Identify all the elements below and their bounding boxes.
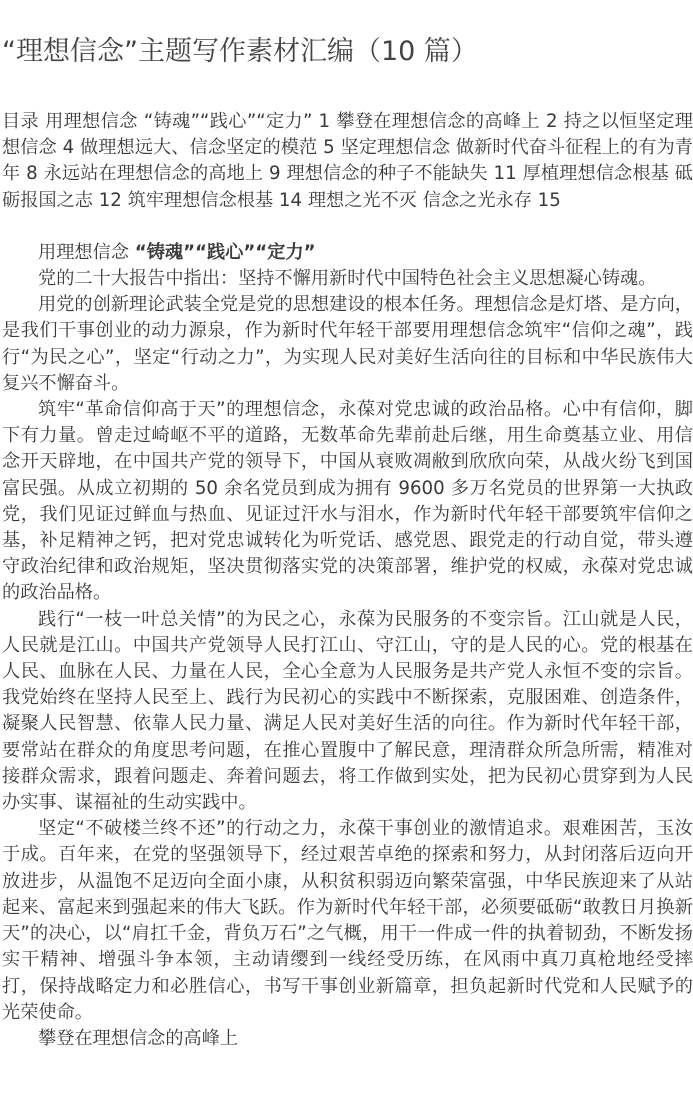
- next-section-heading: 攀登在理想信念的高峰上: [2, 1026, 693, 1052]
- body-paragraph: 筑牢“革命信仰高于天”的理想信念，永葆对党忠诚的政治品格。心中有信仰，脚下有力量…: [2, 397, 693, 607]
- body-paragraph: 坚定“不破楼兰终不还”的行动之力，永葆干事创业的激情追求。艰难困苦，玉汝于成。百…: [2, 816, 693, 1026]
- body-paragraph: 党的二十大报告中指出：坚持不懈用新时代中国特色社会主义思想凝心铸魂。: [2, 266, 693, 292]
- section-heading-prefix: 用理想信念: [38, 242, 135, 263]
- document-page: “理想信念”主题写作素材汇编（10 篇） 目录 用理想信念 “铸魂”“践心”“定…: [0, 0, 693, 1052]
- section-heading-quoted: “铸魂”“践心”“定力”: [135, 242, 316, 263]
- spacer: [2, 214, 693, 240]
- document-title: “理想信念”主题写作素材汇编（10 篇）: [2, 0, 693, 71]
- section-heading: 用理想信念 “铸魂”“践心”“定力”: [2, 240, 693, 266]
- table-of-contents: 目录 用理想信念 “铸魂”“践心”“定力” 1 攀登在理想信念的高峰上 2 持之…: [2, 109, 693, 214]
- body-paragraph: 用党的创新理论武装全党是党的思想建设的根本任务。理想信念是灯塔、是方向，是我们干…: [2, 292, 693, 397]
- body-paragraph: 践行“一枝一叶总关情”的为民之心，永葆为民服务的不变宗旨。江山就是人民，人民就是…: [2, 607, 693, 817]
